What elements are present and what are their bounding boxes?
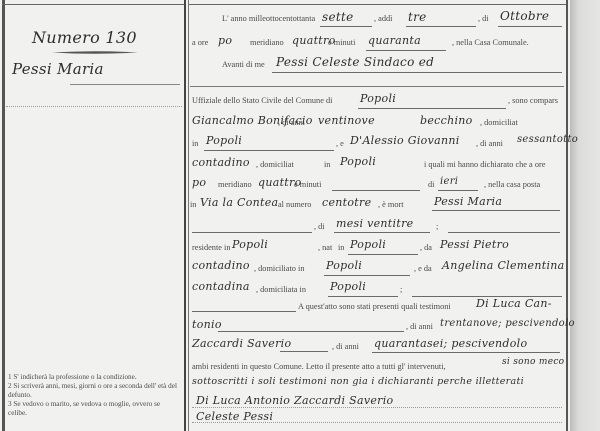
printed-text: , domiciliat (256, 160, 294, 169)
printed-text: e minuti (294, 180, 321, 189)
signature-witnesses: Di Luca Antonio Zaccardi Saverio (196, 394, 393, 407)
fill-line (358, 108, 506, 109)
handwritten-street: Via la Contea (200, 196, 278, 209)
handwritten-closing-note-2: sottoscritti i soli testimoni non gia i … (192, 376, 524, 387)
handwritten-witness-1-cont: tonio (192, 318, 222, 331)
fill-line (280, 351, 328, 352)
printed-text: Avanti di me (222, 60, 265, 69)
fill-line (334, 232, 430, 233)
handwritten-father-domicile: Popoli (326, 259, 362, 272)
printed-text: , nat (318, 243, 332, 252)
handwritten-hour-prefix-2: po (192, 176, 206, 189)
deceased-name-margin: Pessi Maria (12, 60, 104, 78)
printed-text: , di anni (278, 118, 305, 127)
fill-line (366, 50, 446, 51)
printed-text: , di anni (476, 139, 503, 148)
name-underline (70, 84, 180, 85)
handwritten-comune: Popoli (360, 92, 396, 105)
handwritten-profession-1: becchino (420, 114, 473, 127)
handwritten-deceased: Pessi Maria (434, 195, 502, 208)
handwritten-mother: Angelina Clementina (442, 259, 565, 272)
page-border-right (566, 0, 568, 431)
printed-text: , domiciliato in (254, 264, 304, 273)
fill-line (272, 72, 562, 73)
handwritten-domicile-2: Popoli (340, 155, 376, 168)
record-number-label: Numero (32, 28, 100, 47)
decorative-swash-icon (52, 50, 138, 55)
printed-text: A quest'atto sono stati presenti quali t… (298, 302, 451, 311)
printed-text: , da (420, 243, 432, 252)
handwritten-day: tre (408, 10, 427, 24)
handwritten-declarant-2: D'Alessio Giovanni (350, 134, 460, 147)
fill-line (406, 26, 476, 27)
fill-line (192, 311, 296, 312)
signature-line (192, 422, 562, 423)
fill-line (324, 275, 410, 276)
handwritten-year: sette (322, 10, 354, 24)
record-number: Numero 130 (32, 28, 137, 47)
printed-text: Uffiziale dello Stato Civile del Comune … (192, 96, 332, 105)
fill-line (432, 210, 560, 211)
printed-text: al numero (278, 200, 311, 209)
fill-line (498, 26, 562, 27)
printed-text: , è mort (378, 200, 404, 209)
fill-line (448, 232, 560, 233)
handwritten-minutes: quaranta (368, 34, 421, 47)
printed-text: , domiciliat (480, 118, 518, 127)
fill-line (218, 331, 404, 332)
fill-line (204, 150, 334, 151)
handwritten-residence: Popoli (232, 238, 268, 251)
printed-text: , nella Casa Comunale. (452, 38, 529, 47)
printed-text: in (338, 243, 344, 252)
handwritten-age-1: ventinove (318, 114, 375, 127)
handwritten-father: Pessi Pietro (440, 238, 509, 251)
footnote-1: 1 S' indicherà la professione o la condi… (8, 373, 180, 382)
page-edge-shadow (570, 0, 600, 431)
printed-text: , addì (374, 14, 392, 23)
printed-text: ambi residenti in questo Comune. Letto i… (192, 362, 446, 371)
handwritten-witness-2: Zaccardi Saverio (192, 337, 291, 350)
dotted-separator (6, 106, 182, 107)
section-separator (190, 86, 564, 87)
printed-text: , e da (414, 264, 432, 273)
printed-text: , di (314, 222, 325, 231)
handwritten-official: Pessi Celeste Sindaco ed (276, 55, 434, 69)
printed-text: ; (436, 222, 438, 231)
handwritten-father-profession: contadino (192, 259, 250, 272)
printed-text: , di anni (406, 322, 433, 331)
handwritten-hour-prefix: po (218, 34, 232, 47)
handwritten-closing-note: si sono meco (502, 357, 564, 367)
footnote-3: 3 Se vedovo o marito, se vedova o moglie… (8, 400, 180, 418)
handwritten-death-day: ieri (440, 176, 458, 187)
column-divider (184, 0, 186, 431)
fill-line (320, 26, 372, 27)
handwritten-house-number: centotre (322, 196, 371, 209)
printed-text: in (190, 200, 196, 209)
printed-text: in (192, 139, 198, 148)
printed-text: , di (478, 14, 489, 23)
printed-text: L' anno milleottocentottanta (222, 14, 315, 23)
printed-text: residente in (192, 243, 230, 252)
printed-text: in (324, 160, 330, 169)
handwritten-profession-2: contadino (192, 156, 250, 169)
handwritten-month: Ottobre (500, 9, 549, 23)
fill-line (348, 254, 418, 255)
fill-line (328, 296, 398, 297)
printed-text: , e (336, 139, 344, 148)
handwritten-mother-domicile: Popoli (330, 280, 366, 293)
fill-line (372, 352, 560, 353)
printed-text: e minuti (328, 38, 355, 47)
footnotes: 1 S' indicherà la professione o la condi… (8, 373, 180, 418)
printed-text: , sono compars (508, 96, 558, 105)
handwritten-witness-1: Di Luca Can- (476, 297, 552, 310)
printed-text: , di anni (332, 342, 359, 351)
column-divider-inner (188, 0, 189, 431)
handwritten-age-2: sessantotto (517, 134, 578, 145)
handwritten-domicile-1: Popoli (206, 134, 242, 147)
handwritten-deceased-age: mesi ventitre (336, 217, 413, 230)
footnote-2: 2 Si scriverà anni, mesi, giorni o ore a… (8, 382, 180, 400)
page-border-left (2, 0, 5, 431)
handwritten-witness-1-age: trentanove; pescivendolo (440, 318, 575, 329)
printed-text: , domiciliata in (256, 285, 306, 294)
fill-line (192, 232, 312, 233)
printed-text: a ore (192, 38, 208, 47)
handwritten-mother-profession: contadina (192, 280, 250, 293)
signature-line (192, 407, 562, 408)
printed-text: , nella casa posta (484, 180, 540, 189)
printed-text: meridiano (218, 180, 252, 189)
printed-text: ; (400, 285, 402, 294)
printed-text: di (428, 180, 434, 189)
fill-line (438, 190, 478, 191)
page-border-top-left (2, 4, 184, 5)
printed-text: meridiano (250, 38, 284, 47)
record-number-value: 130 (105, 28, 136, 47)
handwritten-birthplace: Popoli (350, 238, 386, 251)
fill-line (332, 190, 420, 191)
handwritten-witness-2-age: quarantasei; pescivendolo (374, 337, 527, 350)
printed-text: i quali mi hanno dichiarato che a ore (424, 160, 545, 169)
page-border-top-right (188, 4, 568, 5)
